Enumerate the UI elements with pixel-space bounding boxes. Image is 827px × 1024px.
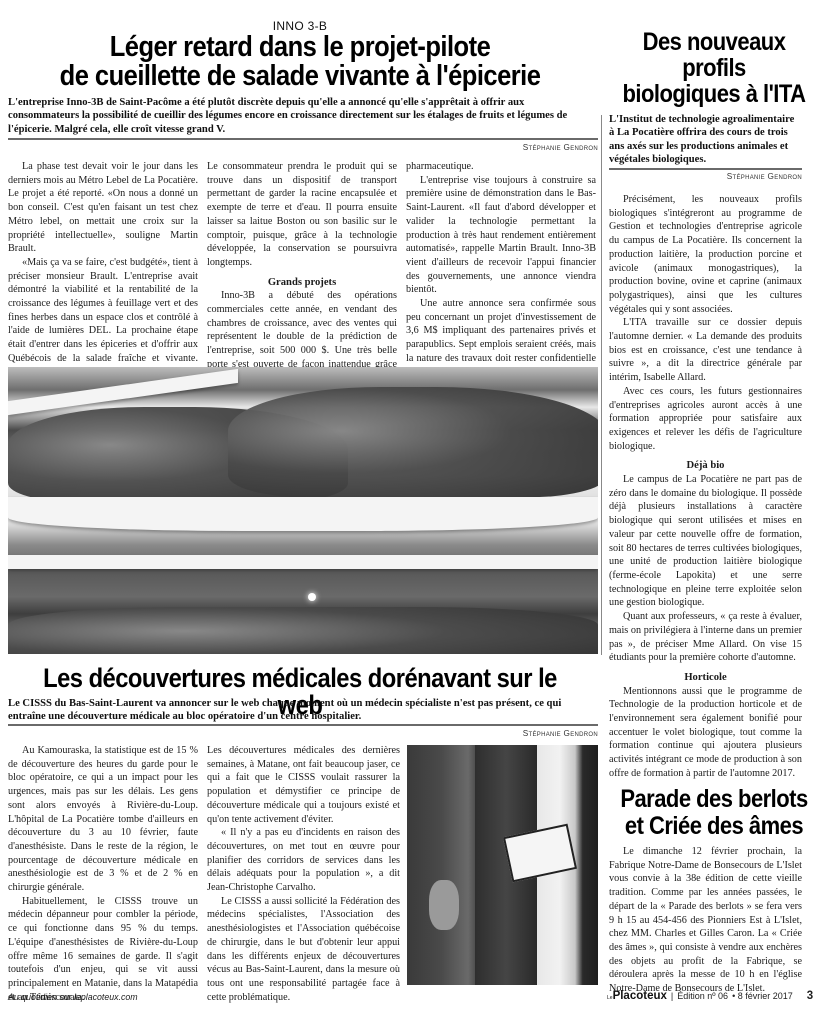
article1-headline-line1: Léger retard dans le projet-pilote [36,33,564,62]
article1-headline: Léger retard dans le projet-pilote de cu… [36,33,564,91]
article3-column-1: Au Kamouraska, la statistique est de 15 … [8,744,198,1004]
column-separator [601,115,602,655]
article4-headline-line1: Parade des berlots [617,786,811,813]
article1-deck: L'entreprise Inno-3B de Saint-Pacôme a é… [8,96,598,136]
article3-col1-para: Habituellement, le CISSS trouve un médec… [8,895,198,1005]
article1-col2-para: Le consommateur prendra le produit qui s… [207,160,397,270]
article2-para: Mentionnons aussi que le programme de Te… [609,685,802,781]
article1-byline: Stéphanie Gendron [8,143,598,152]
article2-rule [609,168,802,170]
article3-deck: Le CISSS du Bas-Saint-Laurent va annonce… [8,697,598,724]
article4-column: Le dimanche 12 février prochain, la Fabr… [609,845,802,996]
brand-logo: LePlacoteux [607,990,667,1002]
article2-para: Le campus de La Pocatière ne part pas de… [609,473,802,610]
article2-headline-line1: Des nouveaux [617,29,811,55]
article1-photo-lettuce-shelves [8,367,598,654]
article2-para: Avec ces cours, les futurs gestionnaires… [609,385,802,454]
article3-byline: Stéphanie Gendron [8,729,598,738]
footer-masthead: LePlacoteux | Édition nº 06 • 8 février … [607,990,813,1002]
article2-deck: L'Institut de technologie agroalimentair… [609,113,802,167]
article2-headline: Des nouveaux profils biologiques à l'ITA [617,29,811,107]
article3-column-2: Les découvertures médicales des dernière… [207,744,400,1004]
article3-col2-para: « Il n'y a pas eu d'incidents en raison … [207,826,400,895]
photo-leaves [228,387,598,497]
footer-date: • 8 février 2017 [732,991,793,1001]
article2-para: L'ITA travaille sur ce dossier depuis l'… [609,316,802,385]
footer-website-link[interactable]: Au quotidien sur leplacoteux.com [8,992,138,1002]
article2-column: Précisément, les nouveaux profils biolog… [609,193,802,781]
article2-headline-line2: profils [617,55,811,81]
article3-rule [8,724,598,726]
article1-rule [8,138,598,140]
article3-col1-para: Au Kamouraska, la statistique est de 15 … [8,744,198,895]
article1-column-2: Le consommateur prendra le produit qui s… [207,160,397,385]
article1-headline-line2: de cueillette de salade vivante à l'épic… [36,62,564,91]
article3-col2-para: Les découvertures médicales des dernière… [207,744,400,826]
footer-separator: | [671,991,673,1001]
article1-col1-para: La phase test devait voir le jour dans l… [8,160,198,256]
photo-leaves [8,607,598,654]
article2-subhead-deja-bio: Déjà bio [609,459,802,473]
photo-shelf [8,497,598,531]
article1-column-3: pharmaceutique. L'entreprise vise toujou… [406,160,596,379]
article2-headline-line3: biologiques à l'ITA [617,81,811,107]
article2-byline: Stéphanie Gendron [609,172,802,181]
footer-edition: Édition nº 06 [677,991,728,1001]
page-number: 3 [807,990,813,1002]
article1-subhead: Grands projets [207,276,397,290]
article4-para: Le dimanche 12 février prochain, la Fabr… [609,845,802,996]
brand-name: Placoteux [613,990,667,1002]
article2-subhead-horticole: Horticole [609,671,802,685]
photo-light [308,593,316,601]
article2-para: Précisément, les nouveaux profils biolog… [609,193,802,316]
article3-photo-medical-staff [407,745,598,985]
article4-headline-line2: et Criée des âmes [617,813,811,840]
article1-col3-para: L'entreprise vise toujours à construire … [406,174,596,297]
article1-col3-para: pharmaceutique. [406,160,596,174]
photo-shelf [8,555,598,569]
article2-para: Quant aux professeurs, « ça reste à éval… [609,610,802,665]
article1-column-1: La phase test devait voir le jour dans l… [8,160,198,393]
article4-headline: Parade des berlots et Criée des âmes [617,786,811,840]
photo-hand [429,880,459,930]
article3-col2-para: Le CISSS a aussi sollicité la Fédération… [207,895,400,1005]
